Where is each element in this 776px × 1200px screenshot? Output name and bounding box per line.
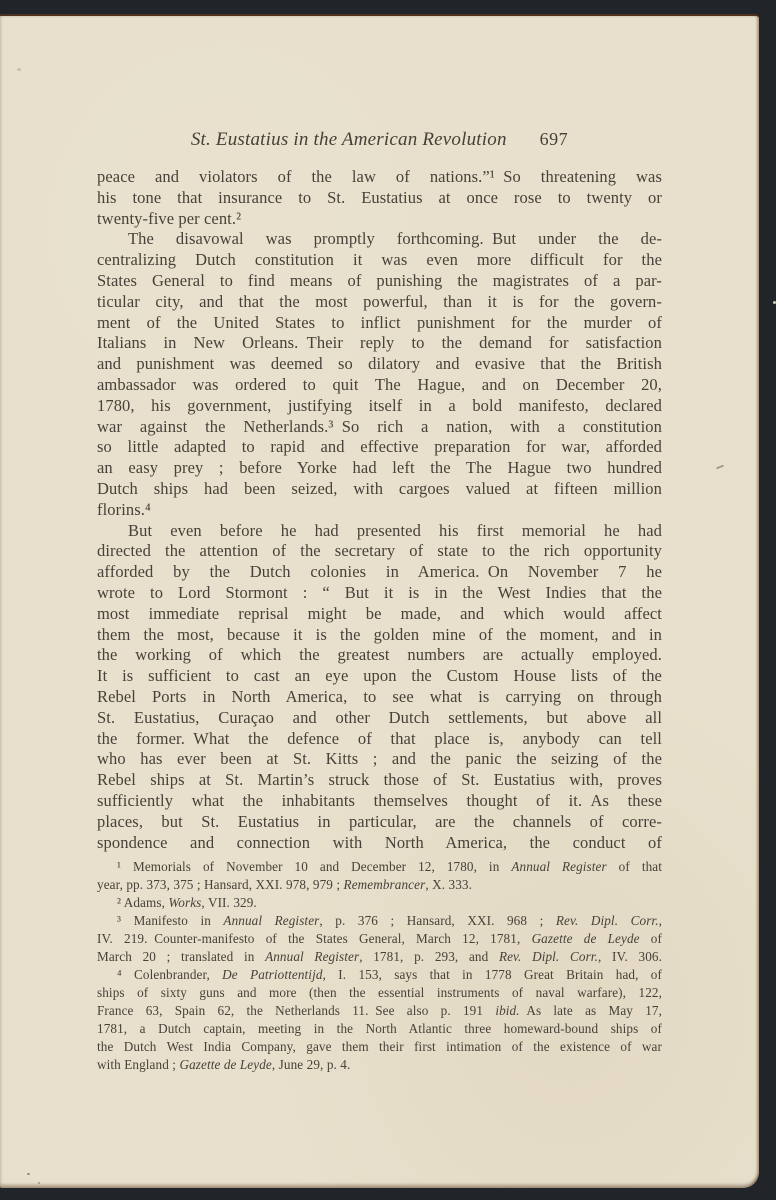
footnote-text: , June 29, p. 4.	[272, 1057, 351, 1072]
footnote-italic-text: Gazette de Leyde	[179, 1057, 271, 1072]
body-line: Dutch ships had been seized, with cargoe…	[97, 479, 662, 500]
body-line: places, but St. Eustatius in particular,…	[97, 812, 662, 833]
body-line: The disavowal was promptly forthcoming. …	[97, 229, 662, 250]
footnote-text: ² Adams,	[117, 895, 168, 910]
body-line: who has ever been at St. Kitts ; and the…	[97, 749, 662, 770]
footnote-text: France 63, Spain 62, the Netherlands 11.…	[97, 1003, 495, 1018]
body-line: florins.⁴	[97, 500, 662, 521]
footnote-line: ¹ Memorials of November 10 and December …	[97, 858, 662, 876]
footnote-text: March 20 ; translated in	[97, 949, 265, 964]
body-line: war against the Netherlands.³ So rich a …	[97, 417, 662, 438]
body-line: sufficiently what the inhabitants themse…	[97, 791, 662, 812]
body-line: It is sufficient to cast an eye upon the…	[97, 666, 662, 687]
body-line: wrote to Lord Stormont : “ But it is in …	[97, 583, 662, 604]
footnote-line: March 20 ; translated in Annual Register…	[97, 948, 662, 966]
dust-speck	[38, 1182, 40, 1184]
body-line: the former. What the defence of that pla…	[97, 729, 662, 750]
body-line: peace and violators of the law of nation…	[97, 167, 662, 188]
footnote-line: 1781, a Dutch captain, meeting in the No…	[97, 1020, 662, 1038]
body-line: ambassador was ordered to quit The Hague…	[97, 375, 662, 396]
body-line: and punishment was deemed so dilatory an…	[97, 354, 662, 375]
pen-mark	[716, 465, 724, 470]
footnote-text: , VII. 329.	[201, 895, 256, 910]
body-line: directed the attention of the secretary …	[97, 541, 662, 562]
body-line: ticular city, and that the most powerful…	[97, 292, 662, 313]
scan-background: St. Eustatius in the American Revolution…	[0, 0, 776, 1200]
footnote-line: IV. 219. Counter-manifesto of the States…	[97, 930, 662, 948]
body-line: the working of which the greatest number…	[97, 645, 662, 666]
body-line: 1780, his government, justifying itself …	[97, 396, 662, 417]
body-line: centralizing Dutch constitution it was e…	[97, 250, 662, 271]
footnote-text: ships of sixty guns and more (then the e…	[97, 985, 662, 1000]
body-line: St. Eustatius, Curaçao and other Dutch s…	[97, 708, 662, 729]
footnote-italic-text: ibid.	[495, 1003, 519, 1018]
footnote-text: with England ;	[97, 1057, 179, 1072]
footnote-italic-text: Rev. Dipl. Corr.	[499, 949, 598, 964]
footnote-text: the Dutch West India Company, gave them …	[97, 1039, 662, 1054]
body-line: his tone that insurance to St. Eustatius…	[97, 188, 662, 209]
body-line: spondence and connection with North Amer…	[97, 833, 662, 854]
footnote-italic-text: De Patriottentijd	[222, 967, 322, 982]
footnote-text: IV. 219. Counter-manifesto of the States…	[97, 931, 532, 946]
body-line: afforded by the Dutch colonies in Americ…	[97, 562, 662, 583]
footnote-text: ⁴ Colenbrander,	[117, 967, 222, 982]
footnote-line: France 63, Spain 62, the Netherlands 11.…	[97, 1002, 662, 1020]
footnote-line: ³ Manifesto in Annual Register, p. 376 ;…	[97, 912, 662, 930]
footnotes: ¹ Memorials of November 10 and December …	[97, 858, 662, 1074]
footnote-text: ³ Manifesto in	[117, 913, 223, 928]
body-line: ment of the United States to inflict pun…	[97, 313, 662, 334]
footnote-line: with England ; Gazette de Leyde, June 29…	[97, 1056, 662, 1074]
footnote-line: ² Adams, Works, VII. 329.	[97, 894, 662, 912]
body-line: But even before he had presented his fir…	[97, 521, 662, 542]
body-line: Rebel Ports in North America, to see wha…	[97, 687, 662, 708]
running-head: St. Eustatius in the American Revolution…	[97, 129, 662, 151]
footnote-text: As late as May 17,	[520, 1003, 662, 1018]
footnote-italic-text: Annual Register	[511, 859, 606, 874]
footnote-italic-text: Gazette de Leyde	[532, 931, 640, 946]
footnote-text: , 1781, p. 293, and	[359, 949, 499, 964]
footnote-italic-text: Rev. Dipl. Corr.	[556, 913, 659, 928]
body-line: so little adapted to rapid and effective…	[97, 437, 662, 458]
footnote-text: , X. 333.	[425, 877, 472, 892]
page-number: 697	[540, 129, 569, 150]
body-line: Rebel ships at St. Martin’s struck those…	[97, 770, 662, 791]
footnote-text: year, pp. 373, 375 ; Hansard, XXI. 978, …	[97, 877, 344, 892]
footnote-text: , I. 153, says that in 1778 Great Britai…	[323, 967, 662, 982]
body-line: States General to find means of punishin…	[97, 271, 662, 292]
body-line: Italians in New Orleans. Their reply to …	[97, 333, 662, 354]
footnote-line: the Dutch West India Company, gave them …	[97, 1038, 662, 1056]
footnote-line: ⁴ Colenbrander, De Patriottentijd, I. 15…	[97, 966, 662, 984]
paper-stain	[278, 321, 288, 329]
footnote-line: ships of sixty guns and more (then the e…	[97, 984, 662, 1002]
footnote-italic-text: Annual Register	[223, 913, 319, 928]
footnote-italic-text: Remembrancer	[344, 877, 426, 892]
footnote-italic-text: Annual Register	[265, 949, 359, 964]
body-line: them the most, because it is the golden …	[97, 625, 662, 646]
footnote-italic-text: Works	[168, 895, 201, 910]
dust-speck	[27, 1173, 30, 1175]
page-title: St. Eustatius in the American Revolution	[191, 129, 507, 151]
footnote-text: ,	[659, 913, 662, 928]
body-line: an easy prey ; before Yorke had left the…	[97, 458, 662, 479]
footnote-text: 1781, a Dutch captain, meeting in the No…	[97, 1021, 662, 1036]
footnote-line: year, pp. 373, 375 ; Hansard, XXI. 978, …	[97, 876, 662, 894]
footnote-text: ¹ Memorials of November 10 and December …	[117, 859, 511, 874]
footnote-text: , IV. 306.	[598, 949, 662, 964]
footnote-text: of that	[607, 859, 662, 874]
footnote-text: , p. 376 ; Hansard, XXI. 968 ;	[319, 913, 555, 928]
dust-speck	[17, 68, 21, 71]
body-text: peace and violators of the law of nation…	[97, 167, 662, 853]
footnote-text: of	[640, 931, 662, 946]
book-page: St. Eustatius in the American Revolution…	[0, 14, 759, 1188]
body-line: twenty-five per cent.²	[97, 209, 662, 230]
body-line: most immediate reprisal might be made, a…	[97, 604, 662, 625]
